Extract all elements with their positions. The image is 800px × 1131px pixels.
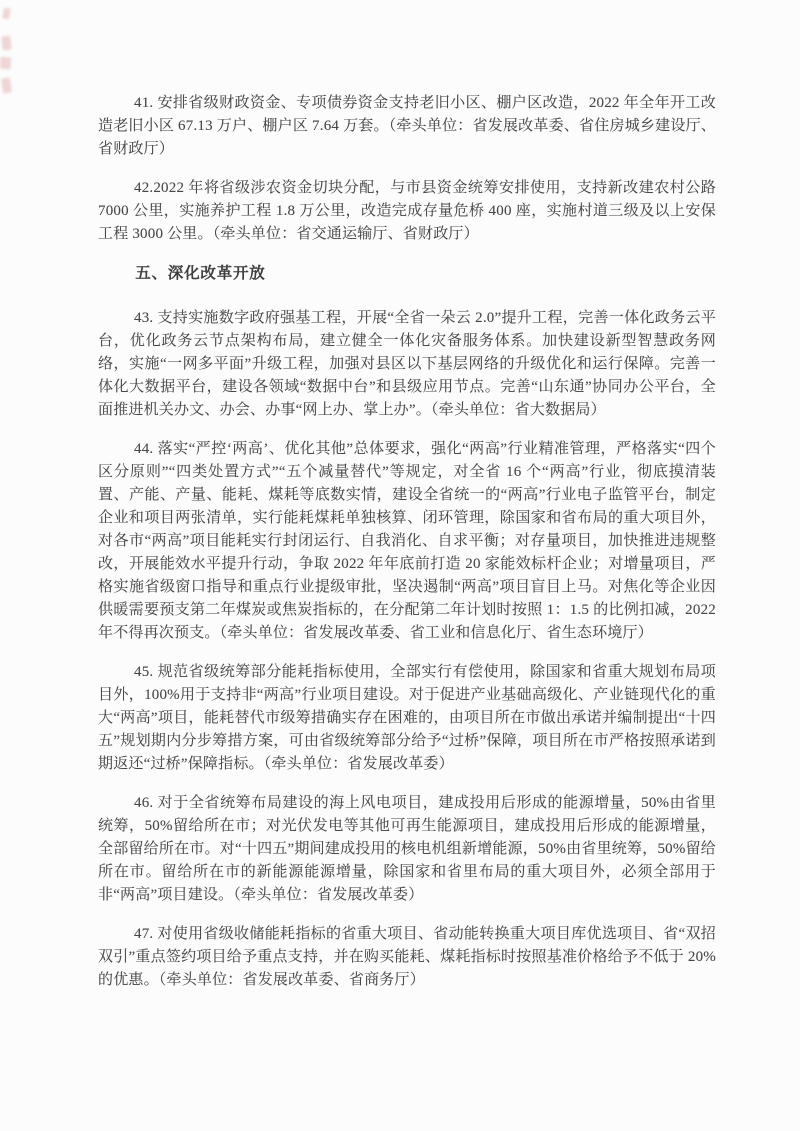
paragraph-42: 42.2022 年将省级涉农资金切块分配，与市县资金统筹安排使用，支持新改建农村… xyxy=(98,177,716,246)
paragraph-44: 44. 落实“严控‘两高’、优化其他”总体要求，强化“两高”行业精准管理，严格落… xyxy=(98,438,716,645)
paragraph-41: 41. 安排省级财政资金、专项债券资金支持老旧小区、棚户区改造，2022 年全年… xyxy=(98,92,716,161)
paragraph-45: 45. 规范省级统筹部分能耗指标使用，全部实行有偿使用，除国家和省重大规划布局项… xyxy=(98,661,716,776)
paragraph-47: 47. 对使用省级收储能耗指标的省重大项目、省动能转换重大项目库优选项目、省“双… xyxy=(98,923,716,992)
scan-artifact-red-mark xyxy=(0,57,11,70)
scan-artifact-red-mark xyxy=(1,77,12,93)
document-page: 41. 安排省级财政资金、专项债券资金支持老旧小区、棚户区改造，2022 年全年… xyxy=(0,0,800,1131)
scan-artifact-red-mark xyxy=(2,7,11,19)
paragraph-46: 46. 对于全省统筹布局建设的海上风电项目，建成投用后形成的能源增量，50%由省… xyxy=(98,792,716,907)
document-content: 41. 安排省级财政资金、专项债券资金支持老旧小区、棚户区改造，2022 年全年… xyxy=(98,92,716,1008)
scan-artifact-red-mark xyxy=(1,36,11,51)
section-heading: 五、深化改革开放 xyxy=(98,262,716,285)
paragraph-43: 43. 支持实施数字政府强基工程，开展“全省一朵云 2.0”提升工程，完善一体化… xyxy=(98,307,716,422)
